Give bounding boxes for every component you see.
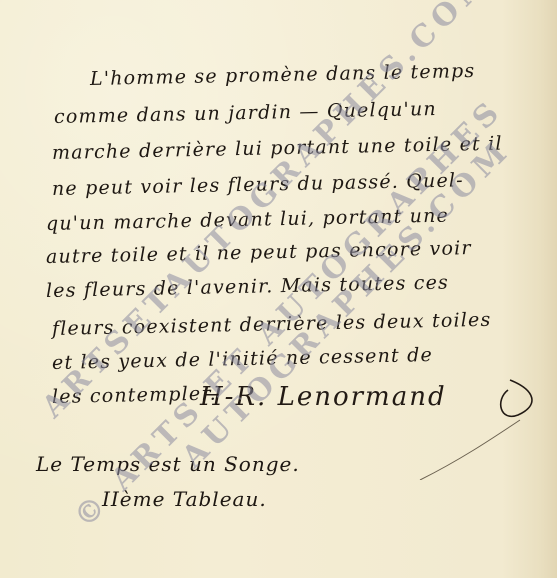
play-title: Le Temps est un Songe. — [36, 452, 300, 476]
manuscript-line: les contempler. — [52, 383, 217, 408]
manuscript-line: comme dans un jardin — Quelqu'un — [54, 98, 437, 128]
tableau-number: IIème Tableau. — [102, 487, 267, 511]
manuscript-page: L'homme se promène dans le temps comme d… — [0, 0, 557, 578]
manuscript-line: les fleurs de l'avenir. Mais toutes ces — [46, 272, 449, 302]
manuscript-line: L'homme se promène dans le temps — [90, 60, 476, 90]
manuscript-line: marche derrière lui portant une toile et… — [52, 133, 503, 164]
manuscript-line: et les yeux de l'initié ne cessent de — [52, 344, 433, 374]
signature-flourish-icon — [400, 360, 540, 480]
manuscript-line: ne peut voir les fleurs du passé. Quel- — [52, 169, 464, 200]
manuscript-line: fleurs coexistent derrière les deux toil… — [52, 309, 492, 340]
manuscript-line: qu'un marche devant lui, portant une — [46, 205, 449, 235]
manuscript-line: autre toile et il ne peut pas encore voi… — [46, 237, 472, 268]
